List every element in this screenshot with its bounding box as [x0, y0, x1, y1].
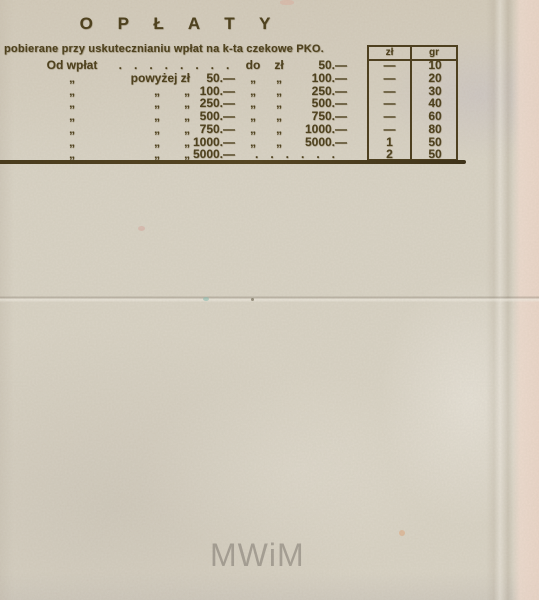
fee-cell-gr: 20	[412, 72, 458, 85]
fee-cell-c5: „	[268, 72, 290, 85]
watermark-text: MWiM	[210, 537, 305, 574]
fee-cell-c1: „	[0, 97, 110, 110]
fee-rows: Od wpłat. . . . . . . .dozł50.——10„powyż…	[0, 59, 539, 161]
fee-cell-c4: „	[238, 110, 268, 123]
fee-cell-c4: do	[238, 59, 268, 72]
fee-table-row: „„ „250.—„„500.——40	[0, 97, 539, 110]
fee-cell-zl: —	[367, 72, 412, 85]
fee-cell-c3: 750.—	[190, 123, 238, 136]
paper-stain	[399, 530, 405, 536]
fee-cell-c6: 1000.—	[290, 123, 352, 136]
fee-cell-zl: —	[367, 123, 412, 136]
paper-stain	[280, 0, 294, 5]
fee-cell-c1: Od wpłat	[0, 59, 110, 72]
fee-cell-zl: —	[367, 110, 412, 123]
table-bottom-rule	[0, 160, 466, 164]
fee-cell-c5: „	[268, 110, 290, 123]
fee-cell-c6: 100.—	[290, 72, 352, 85]
fee-cell-c1: „	[0, 85, 110, 98]
fee-table-row: Od wpłat. . . . . . . .dozł50.——10	[0, 59, 539, 72]
fee-cell-c4: „	[238, 123, 268, 136]
paper-stain	[251, 298, 254, 301]
fee-cell-c6: 750.—	[290, 110, 352, 123]
fee-table-row: „„ „750.—„„1000.——80	[0, 123, 539, 136]
fee-cell-c1: „	[0, 110, 110, 123]
fee-cell-c1: „	[0, 136, 110, 149]
fee-cell-c2: „ „	[110, 123, 190, 136]
fee-cell-c3: 500.—	[190, 110, 238, 123]
fee-table-row: „„ „500.—„„750.——60	[0, 110, 539, 123]
paper-stain	[138, 226, 145, 231]
fee-cell-c6: 50.—	[290, 59, 352, 72]
fee-cell-gr: 80	[412, 123, 458, 136]
fee-cell-c3: 50.—	[190, 72, 238, 85]
fee-cell-c4: „	[238, 72, 268, 85]
fee-cell-c1: „	[0, 123, 110, 136]
fee-cell-gr: 10	[412, 59, 458, 72]
fee-cell-gr: 60	[412, 110, 458, 123]
fee-cell-zl: —	[367, 59, 412, 72]
paper-stain	[203, 297, 209, 301]
fee-cell-c2: „ „	[110, 110, 190, 123]
fee-cell-c5: „	[268, 123, 290, 136]
fee-cell-c5: zł	[268, 59, 290, 72]
fee-cell-c2: powyżej zł	[110, 72, 190, 85]
fee-cell-c1: „	[0, 72, 110, 85]
page-title: O P Ł A T Y	[0, 14, 360, 34]
fee-cell-c23: . . . . . . . .	[110, 59, 238, 72]
fee-table-row: „„ „100.—„„250.——30	[0, 85, 539, 98]
scanned-document: O P Ł A T Y pobierane przy uskuteczniani…	[0, 0, 539, 600]
subtitle: pobierane przy uskutecznianiu wpłat na k…	[4, 43, 366, 55]
fee-table-row: „powyżej zł50.—„„100.——20	[0, 72, 539, 85]
